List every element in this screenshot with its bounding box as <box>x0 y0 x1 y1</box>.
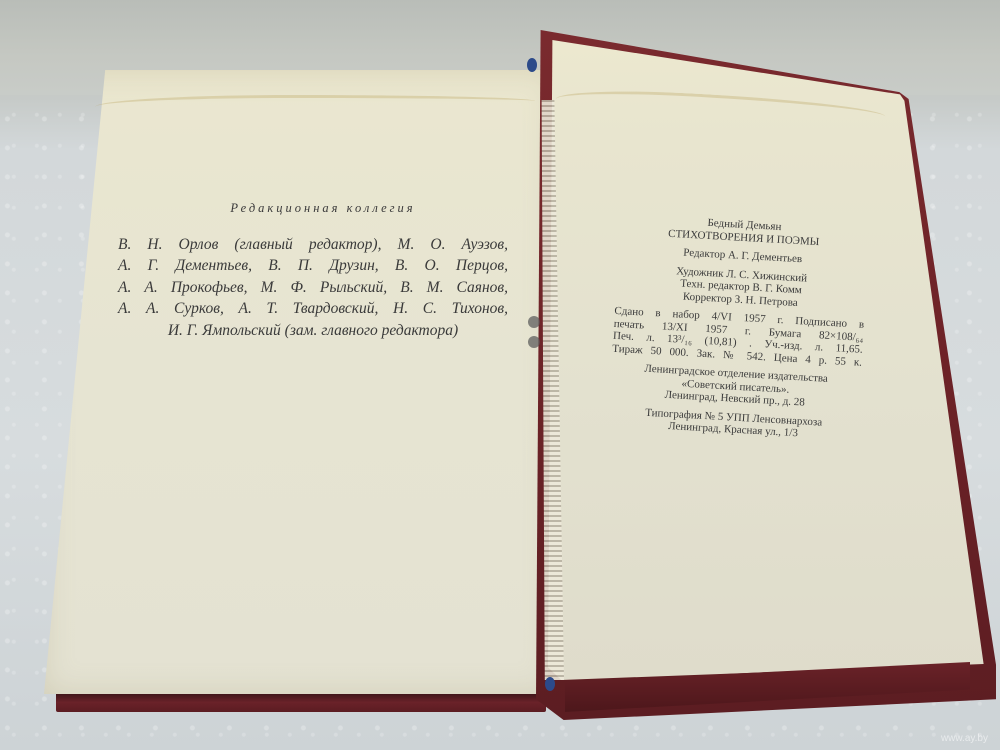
editorial-board-line: В. Н. Орлов (главный редактор), М. О. Ау… <box>118 234 508 256</box>
editorial-board-heading: Редакционная коллегия <box>118 198 508 220</box>
editorial-board: Редакционная коллегия В. Н. Орлов (главн… <box>118 198 508 341</box>
left-page <box>44 70 554 694</box>
water-stain <box>95 95 535 128</box>
binding-thread <box>545 677 555 691</box>
watermark: www.ay.by <box>941 733 988 744</box>
editorial-board-line: А. А. Сурков, А. Т. Твардовский, Н. С. Т… <box>118 298 508 320</box>
editorial-board-line: И. Г. Ямпольский (зам. главного редактор… <box>118 320 508 342</box>
editorial-board-line: А. А. Прокофьев, М. Ф. Рыльский, В. М. С… <box>118 277 508 299</box>
imprint: Бедный Демьян СТИХОТВОРЕНИЯ И ПОЭМЫ Реда… <box>608 212 870 443</box>
stamp-mark <box>528 316 540 328</box>
binding-thread <box>527 58 537 72</box>
stamp-mark <box>528 336 540 348</box>
editorial-board-line: А. Г. Дементьев, В. П. Друзин, В. О. Пер… <box>118 255 508 277</box>
